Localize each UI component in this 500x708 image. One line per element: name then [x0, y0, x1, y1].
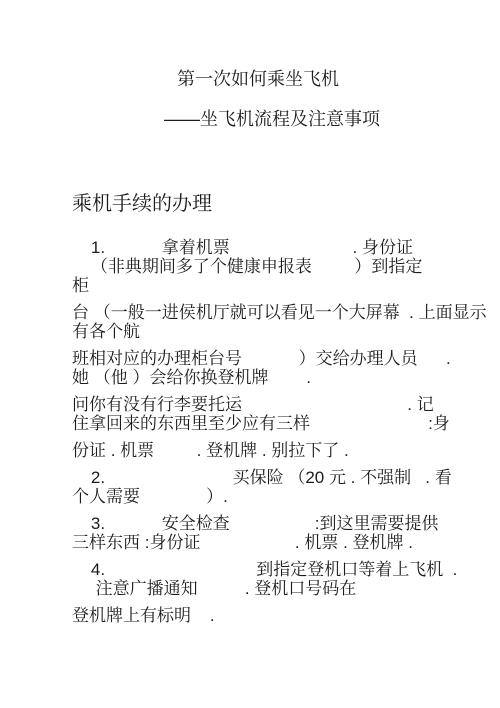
- paragraph: 1. 拿着机票 . 身份证 （非典期间多了个健康申报表 ）到指定 柜: [72, 238, 494, 295]
- paragraph: 问你有没有行李要托运 . 记 住拿回来的东西里至少应有三样 :身: [72, 395, 494, 433]
- paragraph: 台 （一般一进侯机厅就可以看见一个大屏幕 . 上面显示 有各个航: [72, 303, 494, 341]
- paragraph: 份证 . 机票 . 登机牌 . 别拉下了 .: [72, 441, 494, 460]
- paragraph: 班相对应的办理柜台号 ）交给办理人员 . 她 （他 ）会给你换登机牌 .: [72, 349, 494, 387]
- document-subtitle: ——坐飞机流程及注意事项: [0, 106, 500, 132]
- section-heading: 乘机手续的办理: [72, 190, 494, 218]
- document-title: 第一次如何乘坐飞机: [0, 0, 500, 92]
- document-body: 乘机手续的办理 1. 拿着机票 . 身份证 （非典期间多了个健康申报表 ）到指定…: [0, 190, 500, 625]
- paragraph: 登机牌上有标明 .: [72, 606, 494, 625]
- paragraph-list: 1. 拿着机票 . 身份证 （非典期间多了个健康申报表 ）到指定 柜台 （一般一…: [72, 238, 494, 625]
- paragraph: 2. 买保险 （20 元 . 不强制 . 看 个人需要 ）.: [72, 468, 494, 506]
- paragraph: 3. 安全检查 :到这里需要提供 三样东西 :身份证 . 机票 . 登机牌 .: [72, 514, 494, 552]
- document-page: 第一次如何乘坐飞机 ——坐飞机流程及注意事项 乘机手续的办理 1. 拿着机票 .…: [0, 0, 500, 708]
- paragraph: 4. 到指定登机口等着上飞机 . 注意广播通知 . 登机口号码在: [72, 560, 494, 598]
